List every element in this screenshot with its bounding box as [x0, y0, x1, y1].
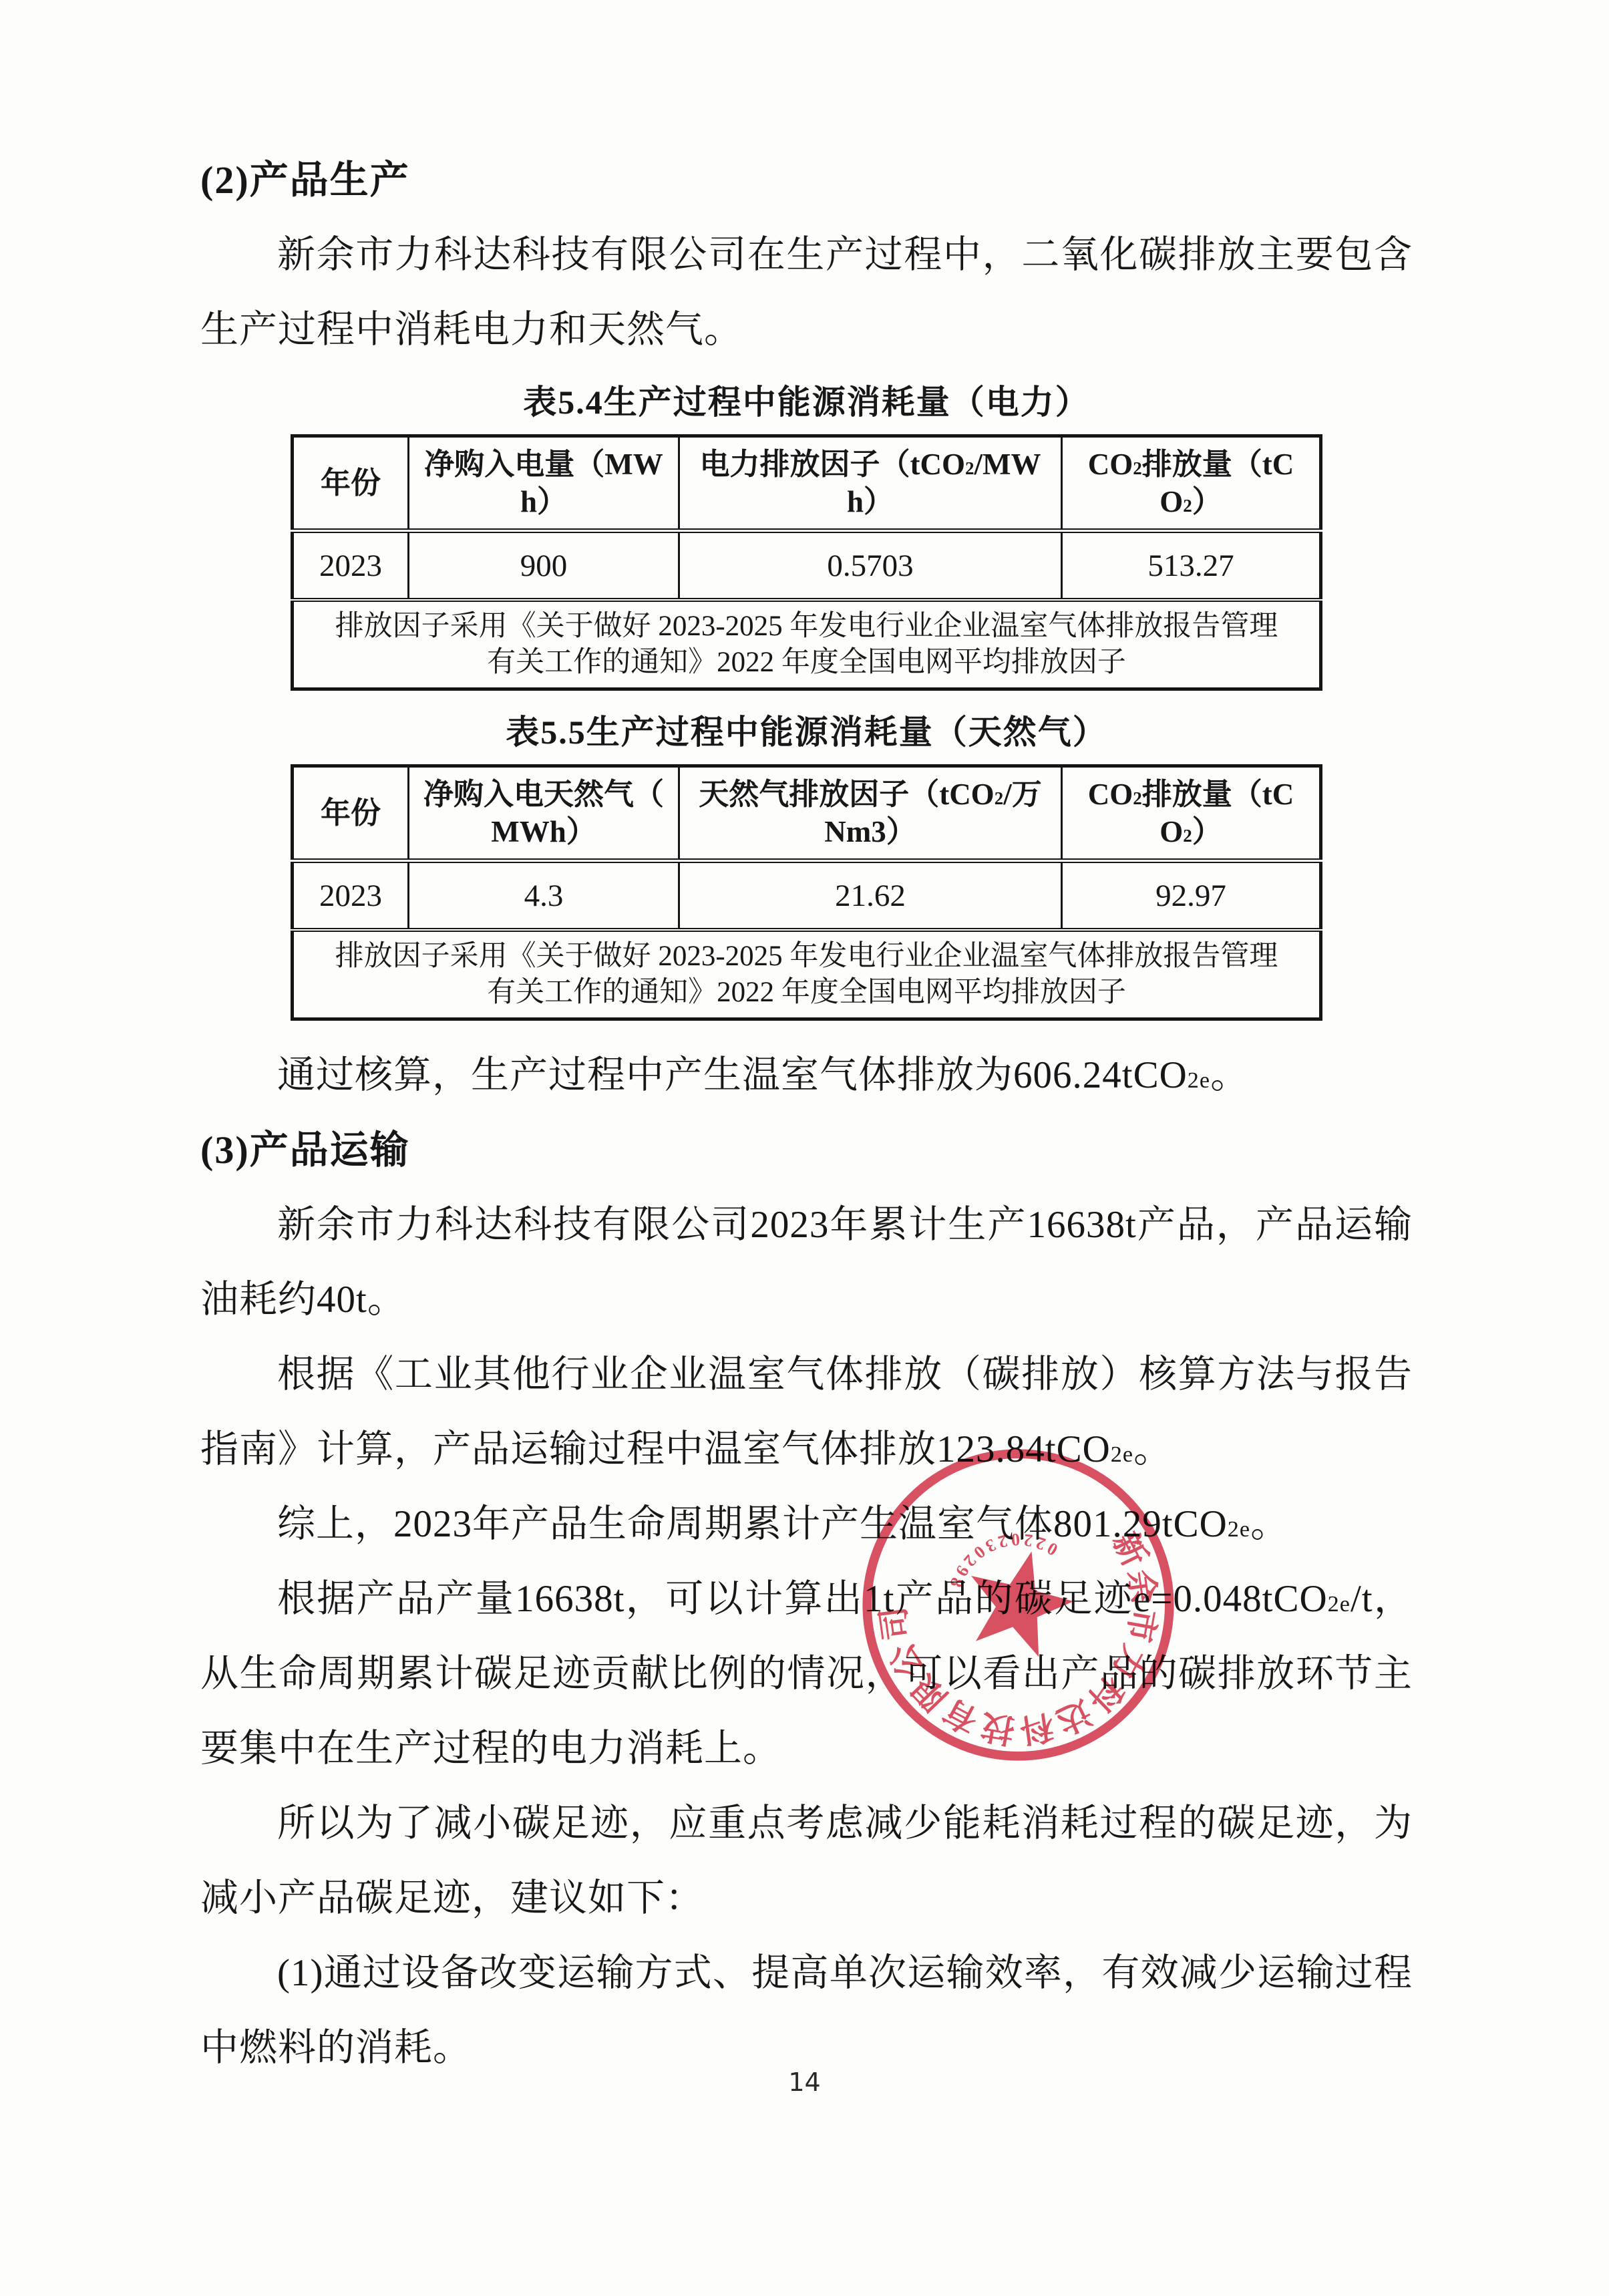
table-gas: 年份 净购入电天然气（ MWh） 天然气排放因子（tCO2/万 Nm3） CO2…	[291, 764, 1322, 1021]
header-cell-purchased-gas: 净购入电天然气（ MWh）	[409, 766, 679, 861]
header-cell-co2-emission: CO2排放量（tC O2）	[1061, 766, 1320, 861]
paragraph-reduce-footprint: 所以为了减小碳足迹，应重点考虑减少能耗消耗过程的碳足迹，为减小产品碳足迹，建议如…	[200, 1786, 1413, 1936]
table-row: 2023 4.3 21.62 92.97	[293, 861, 1321, 931]
paragraph-transport-method: 根据《工业其他行业企业温室气体排放（碳排放）核算方法与报告指南》计算，产品运输过…	[200, 1337, 1413, 1487]
cell-co2-emission: 513.27	[1061, 531, 1320, 601]
header-cell-year: 年份	[293, 766, 409, 861]
paragraph-manufacture-intro: 新余市力科达科技有限公司在生产过程中，二氧化碳排放主要包含生产过程中消耗电力和天…	[200, 218, 1413, 367]
cell-gas-emission-factor: 21.62	[679, 861, 1062, 931]
table-row: 2023 900 0.5703 513.27	[293, 531, 1321, 601]
header-cell-co2-emission: CO2排放量（tC O2）	[1061, 436, 1320, 531]
table-note-row: 排放因子采用《关于做好 2023-2025 年发电行业企业温室气体排放报告管理 …	[293, 930, 1321, 1019]
paragraph-carbon-footprint: 根据产品产量16638t，可以计算出1t产品的碳足迹e=0.048tCO2e/t…	[200, 1562, 1413, 1786]
cell-co2-emission: 92.97	[1061, 861, 1320, 931]
paragraph-production-volume: 新余市力科达科技有限公司2023年累计生产16638t产品，产品运输油耗约40t…	[200, 1188, 1413, 1337]
table-note-gas: 排放因子采用《关于做好 2023-2025 年发电行业企业温室气体排放报告管理 …	[293, 930, 1321, 1019]
paragraph-production-summary: 通过核算，生产过程中产生温室气体排放为606.24tCO2e。	[200, 1038, 1413, 1113]
header-cell-gas-emission-factor: 天然气排放因子（tCO2/万 Nm3）	[679, 766, 1062, 861]
header-cell-emission-factor: 电力排放因子（tCO2/MW h）	[679, 436, 1062, 531]
paragraph-suggestion-1: (1)通过设备改变运输方式、提高单次运输效率，有效减少运输过程中燃料的消耗。	[200, 1936, 1413, 2086]
page-content: (2)产品生产 新余市力科达科技有限公司在生产过程中，二氧化碳排放主要包含生产过…	[200, 143, 1413, 2086]
table-note-row: 排放因子采用《关于做好 2023-2025 年发电行业企业温室气体排放报告管理 …	[293, 600, 1321, 689]
section-heading-product-manufacture: (2)产品生产	[200, 143, 1413, 218]
table-title-electricity: 表5.4生产过程中能源消耗量（电力）	[200, 378, 1413, 426]
table-header-row: 年份 净购入电天然气（ MWh） 天然气排放因子（tCO2/万 Nm3） CO2…	[293, 766, 1321, 861]
table-electricity: 年份 净购入电量（MW h） 电力排放因子（tCO2/MW h） CO2排放量（…	[291, 434, 1322, 691]
document-page: (2)产品生产 新余市力科达科技有限公司在生产过程中，二氧化碳排放主要包含生产过…	[0, 0, 1609, 2296]
header-cell-year: 年份	[293, 436, 409, 531]
cell-emission-factor: 0.5703	[679, 531, 1062, 601]
paragraph-lifecycle-total: 综上，2023年产品生命周期累计产生温室气体801.29tCO2e。	[200, 1487, 1413, 1562]
header-cell-purchased-electricity: 净购入电量（MW h）	[409, 436, 679, 531]
cell-purchased-electricity: 900	[409, 531, 679, 601]
page-number: 14	[0, 2068, 1609, 2097]
cell-year: 2023	[293, 531, 409, 601]
cell-year: 2023	[293, 861, 409, 931]
table-header-row: 年份 净购入电量（MW h） 电力排放因子（tCO2/MW h） CO2排放量（…	[293, 436, 1321, 531]
cell-purchased-gas: 4.3	[409, 861, 679, 931]
section-heading-product-transport: (3)产品运输	[200, 1113, 1413, 1188]
table-note-electricity: 排放因子采用《关于做好 2023-2025 年发电行业企业温室气体排放报告管理 …	[293, 600, 1321, 689]
table-title-gas: 表5.5生产过程中能源消耗量（天然气）	[200, 708, 1413, 756]
